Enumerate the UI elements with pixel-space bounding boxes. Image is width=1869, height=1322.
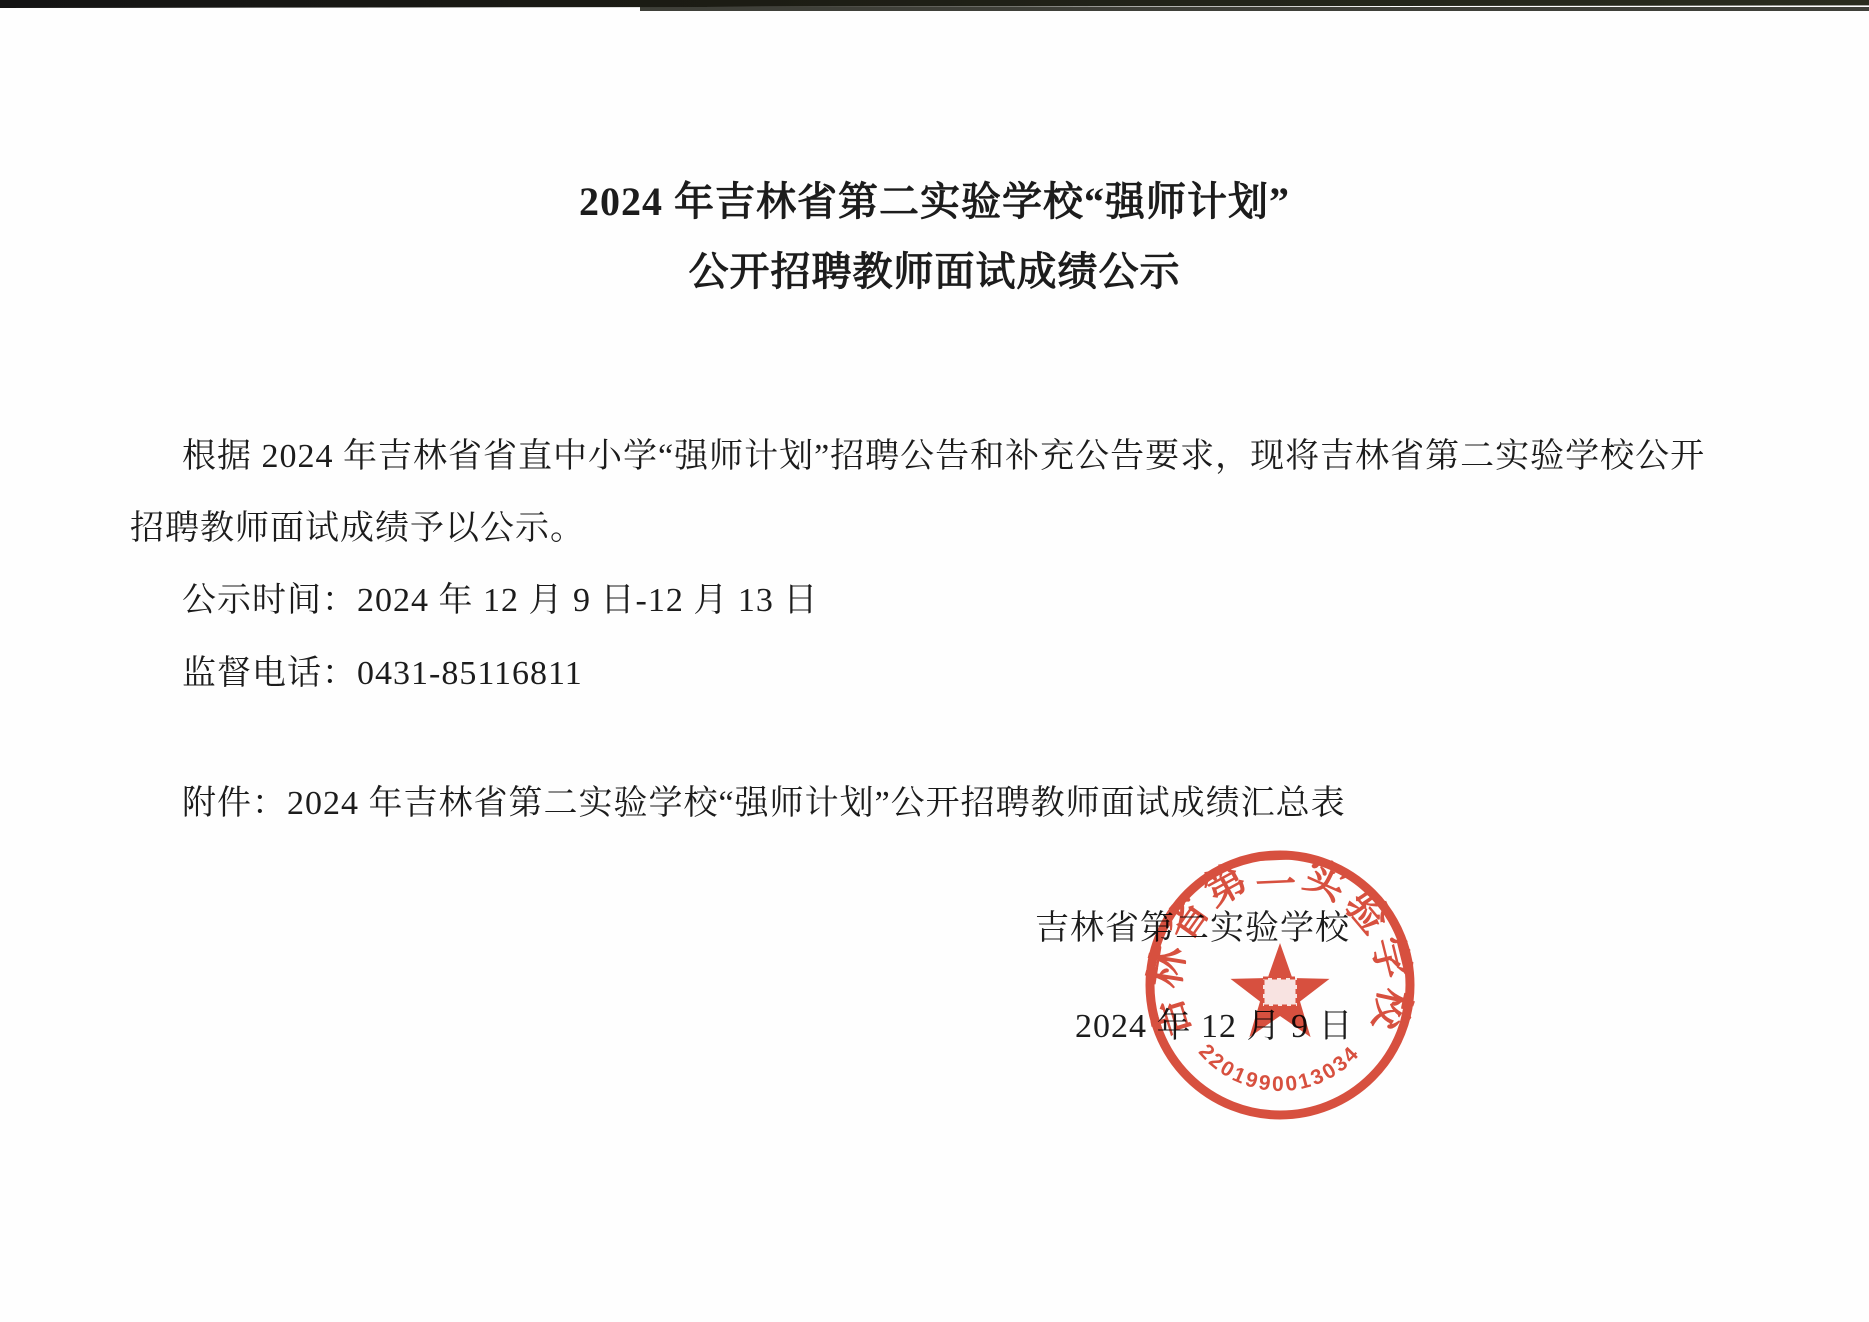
document-title-line2: 公开招聘教师面试成绩公示 [0, 240, 1869, 297]
official-seal-stamp: 吉林省第二实验学校 2201990013034 [1140, 845, 1420, 1125]
supervision-phone-line: 监督电话：0431-85116811 [182, 645, 583, 694]
scan-artifact-top-edge-right [640, 7, 1869, 11]
document-page: 2024 年吉林省第二实验学校“强师计划” 公开招聘教师面试成绩公示 根据 20… [0, 0, 1869, 1322]
seal-center-emblem [1263, 978, 1297, 1006]
publicity-period-line: 公示时间：2024 年 12 月 9 日-12 月 13 日 [182, 572, 818, 621]
svg-text:2201990013034: 2201990013034 [1194, 1040, 1365, 1096]
paragraph-line2: 招聘教师面试成绩予以公示。 [130, 500, 585, 549]
document-title-line1: 2024 年吉林省第二实验学校“强师计划” [0, 170, 1869, 227]
seal-serial-number: 2201990013034 [1194, 1040, 1365, 1096]
attachment-line: 附件：2024 年吉林省第二实验学校“强师计划”公开招聘教师面试成绩汇总表 [182, 775, 1346, 824]
paragraph-line1: 根据 2024 年吉林省省直中小学“强师计划”招聘公告和补充公告要求，现将吉林省… [182, 428, 1705, 477]
